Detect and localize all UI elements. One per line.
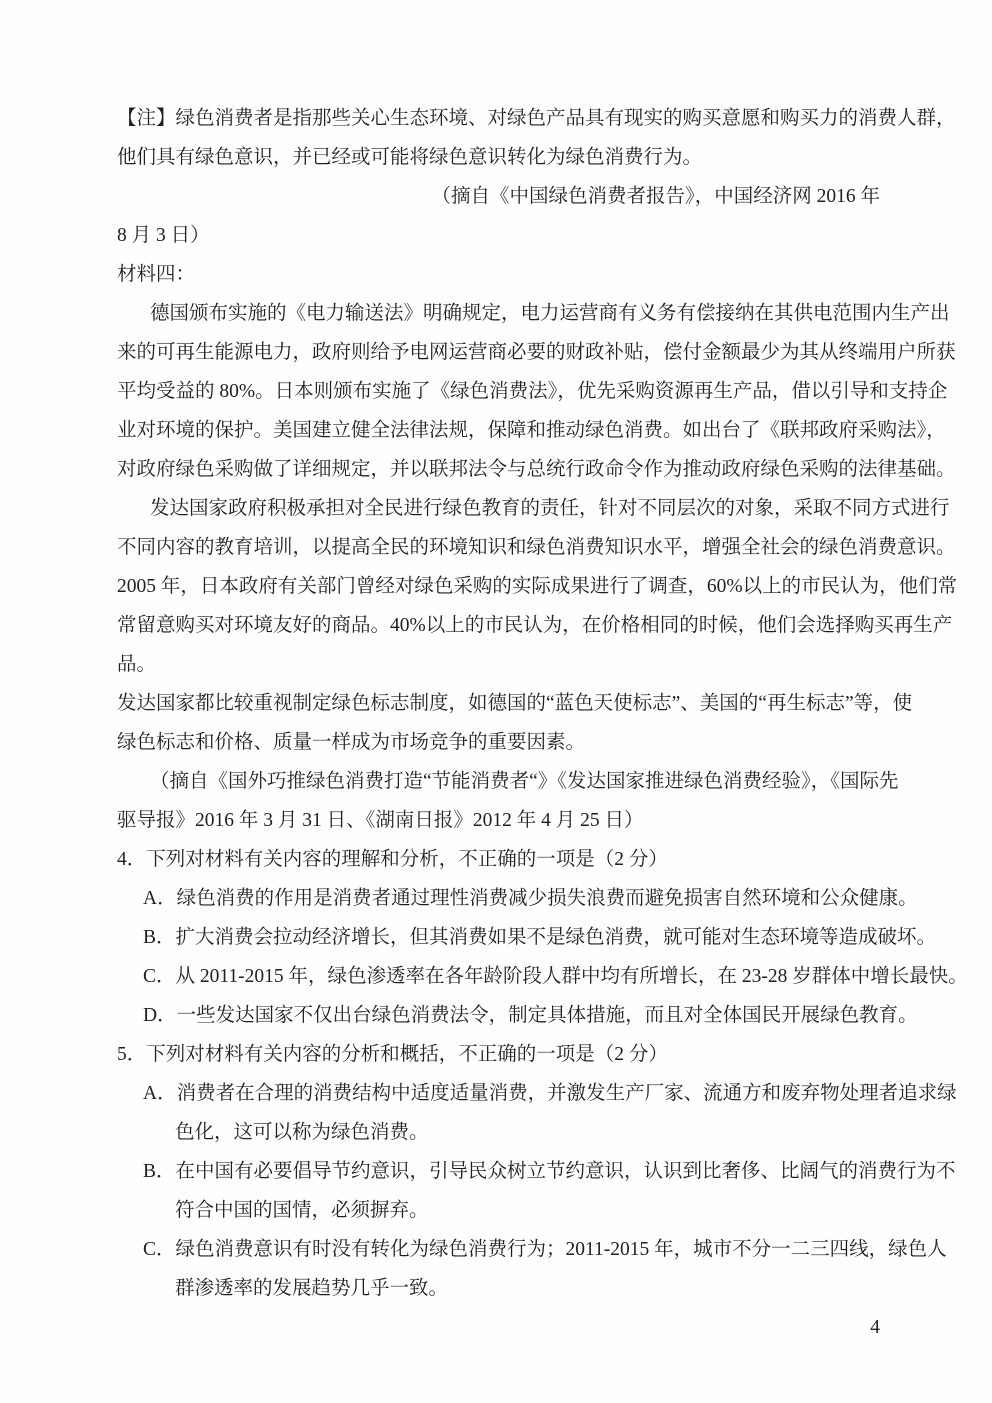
question5-option-a-label: A． bbox=[143, 1074, 177, 1113]
question5-option-c-label: C． bbox=[143, 1230, 176, 1269]
note-line-2: 他们具有绿色意识，并已经或可能将绿色意识转化为绿色消费行为。 bbox=[117, 138, 880, 177]
paragraph2-line-2: 不同内容的教育培训，以提高全民的环境知识和绿色消费知识水平，增强全社会的绿色消费… bbox=[117, 528, 880, 567]
question5-option-a-continuation: 色化，这可以称为绿色消费。 bbox=[117, 1113, 880, 1152]
question4-option-c: C．从 2011-2015 年，绿色渗透率在各年龄阶段人群中均有所增长，在 23… bbox=[117, 957, 880, 996]
question5-stem: 5．下列对材料有关内容的分析和概括，不正确的一项是（2 分） bbox=[117, 1035, 880, 1074]
question5-option-b-continuation: 符合中国的国情，必须摒弃。 bbox=[117, 1191, 880, 1230]
source2-line-2: 驱导报》2016 年 3 月 31 日、《湖南日报》2012 年 4 月 25 … bbox=[117, 801, 880, 840]
question4-option-b-label: B． bbox=[143, 918, 176, 957]
page-number: 4 bbox=[117, 1308, 880, 1347]
question5-option-a: A．消费者在合理的消费结构中适度适量消费，并激发生产厂家、流通方和废弃物处理者追… bbox=[117, 1074, 880, 1113]
question4-option-c-label: C． bbox=[143, 957, 176, 996]
material4-heading: 材料四： bbox=[117, 255, 880, 294]
question4-option-d: D．一些发达国家不仅出台绿色消费法令，制定具体措施，而且对全体国民开展绿色教育。 bbox=[117, 996, 880, 1035]
question4-option-d-text: 一些发达国家不仅出台绿色消费法令，制定具体措施，而且对全体国民开展绿色教育。 bbox=[177, 1005, 918, 1026]
question5-option-c: C．绿色消费意识有时没有转化为绿色消费行为；2011-2015 年，城市不分一二… bbox=[117, 1230, 880, 1269]
question5-stem-text: 下列对材料有关内容的分析和概括，不正确的一项是（2 分） bbox=[146, 1044, 668, 1065]
question5-option-b-label: B． bbox=[143, 1152, 176, 1191]
paragraph3-line-1: 发达国家都比较重视制定绿色标志制度，如德国的“蓝色天使标志”、美国的“再生标志”… bbox=[117, 684, 880, 723]
paragraph2-line-1: 发达国家政府积极承担对全民进行绿色教育的责任，针对不同层次的对象，采取不同方式进… bbox=[117, 489, 880, 528]
question4-option-c-text: 从 2011-2015 年，绿色渗透率在各年龄阶段人群中均有所增长，在 23-2… bbox=[176, 966, 968, 987]
question5-option-c-text: 绿色消费意识有时没有转化为绿色消费行为；2011-2015 年，城市不分一二三四… bbox=[176, 1239, 947, 1260]
question4-option-d-label: D． bbox=[143, 996, 177, 1035]
question4-number: 4． bbox=[117, 840, 146, 879]
question5-option-b: B．在中国有必要倡导节约意识，引导民众树立节约意识，认识到比奢侈、比阔气的消费行… bbox=[117, 1152, 880, 1191]
question5-option-c-continuation: 群渗透率的发展趋势几乎一致。 bbox=[117, 1269, 880, 1308]
paragraph2-line-4: 常留意购买对环境友好的商品。40%以上的市民认为，在价格相同的时候，他们会选择购… bbox=[117, 606, 880, 645]
paragraph2-line-3: 2005 年，日本政府有关部门曾经对绿色采购的实际成果进行了调查，60%以上的市… bbox=[117, 567, 880, 606]
source2-line-1: （摘自《国外巧推绿色消费打造“节能消费者“》《发达国家推进绿色消费经验》，《国际… bbox=[117, 762, 880, 801]
document-page: 【注】绿色消费者是指那些关心生态环境、对绿色产品具有现实的购买意愿和购买力的消费… bbox=[0, 0, 992, 1403]
paragraph1-line-5: 对政府绿色采购做了详细规定，并以联邦法令与总统行政命令作为推动政府绿色采购的法律… bbox=[117, 450, 880, 489]
paragraph1-line-1: 德国颁布实施的《电力输送法》明确规定，电力运营商有义务有偿接纳在其供电范围内生产… bbox=[117, 294, 880, 333]
question4-option-a-label: A． bbox=[143, 879, 177, 918]
question5-option-a-text: 消费者在合理的消费结构中适度适量消费，并激发生产厂家、流通方和废弃物处理者追求绿 bbox=[177, 1083, 957, 1104]
question4-option-b: B．扩大消费会拉动经济增长，但其消费如果不是绿色消费，就可能对生态环境等造成破坏… bbox=[117, 918, 880, 957]
paragraph3-line-2: 绿色标志和价格、质量一样成为市场竞争的重要因素。 bbox=[117, 723, 880, 762]
source1-line-2: 8 月 3 日） bbox=[117, 216, 880, 255]
question4-option-a-text: 绿色消费的作用是消费者通过理性消费减少损失浪费而避免损害自然环境和公众健康。 bbox=[177, 888, 918, 909]
question5-option-b-text: 在中国有必要倡导节约意识，引导民众树立节约意识，认识到比奢侈、比阔气的消费行为不 bbox=[176, 1161, 956, 1182]
note-line-1: 【注】绿色消费者是指那些关心生态环境、对绿色产品具有现实的购买意愿和购买力的消费… bbox=[117, 99, 880, 138]
paragraph2-line-5: 品。 bbox=[117, 645, 880, 684]
question4-stem-text: 下列对材料有关内容的理解和分析，不正确的一项是（2 分） bbox=[146, 849, 668, 870]
question5-number: 5． bbox=[117, 1035, 146, 1074]
question4-option-b-text: 扩大消费会拉动经济增长，但其消费如果不是绿色消费，就可能对生态环境等造成破坏。 bbox=[176, 927, 937, 948]
paragraph1-line-4: 业对环境的保护。美国建立健全法律法规，保障和推动绿色消费。如出台了《联邦政府采购… bbox=[117, 411, 880, 450]
question4-stem: 4．下列对材料有关内容的理解和分析，不正确的一项是（2 分） bbox=[117, 840, 880, 879]
paragraph1-line-3: 平均受益的 80%。日本则颁布实施了《绿色消费法》，优先采购资源再生产品，借以引… bbox=[117, 372, 880, 411]
question4-option-a: A．绿色消费的作用是消费者通过理性消费减少损失浪费而避免损害自然环境和公众健康。 bbox=[117, 879, 880, 918]
source1-line-1: （摘自《中国绿色消费者报告》，中国经济网 2016 年 bbox=[117, 177, 880, 216]
paragraph1-line-2: 来的可再生能源电力，政府则给予电网运营商必要的财政补贴，偿付金额最少为其从终端用… bbox=[117, 333, 880, 372]
